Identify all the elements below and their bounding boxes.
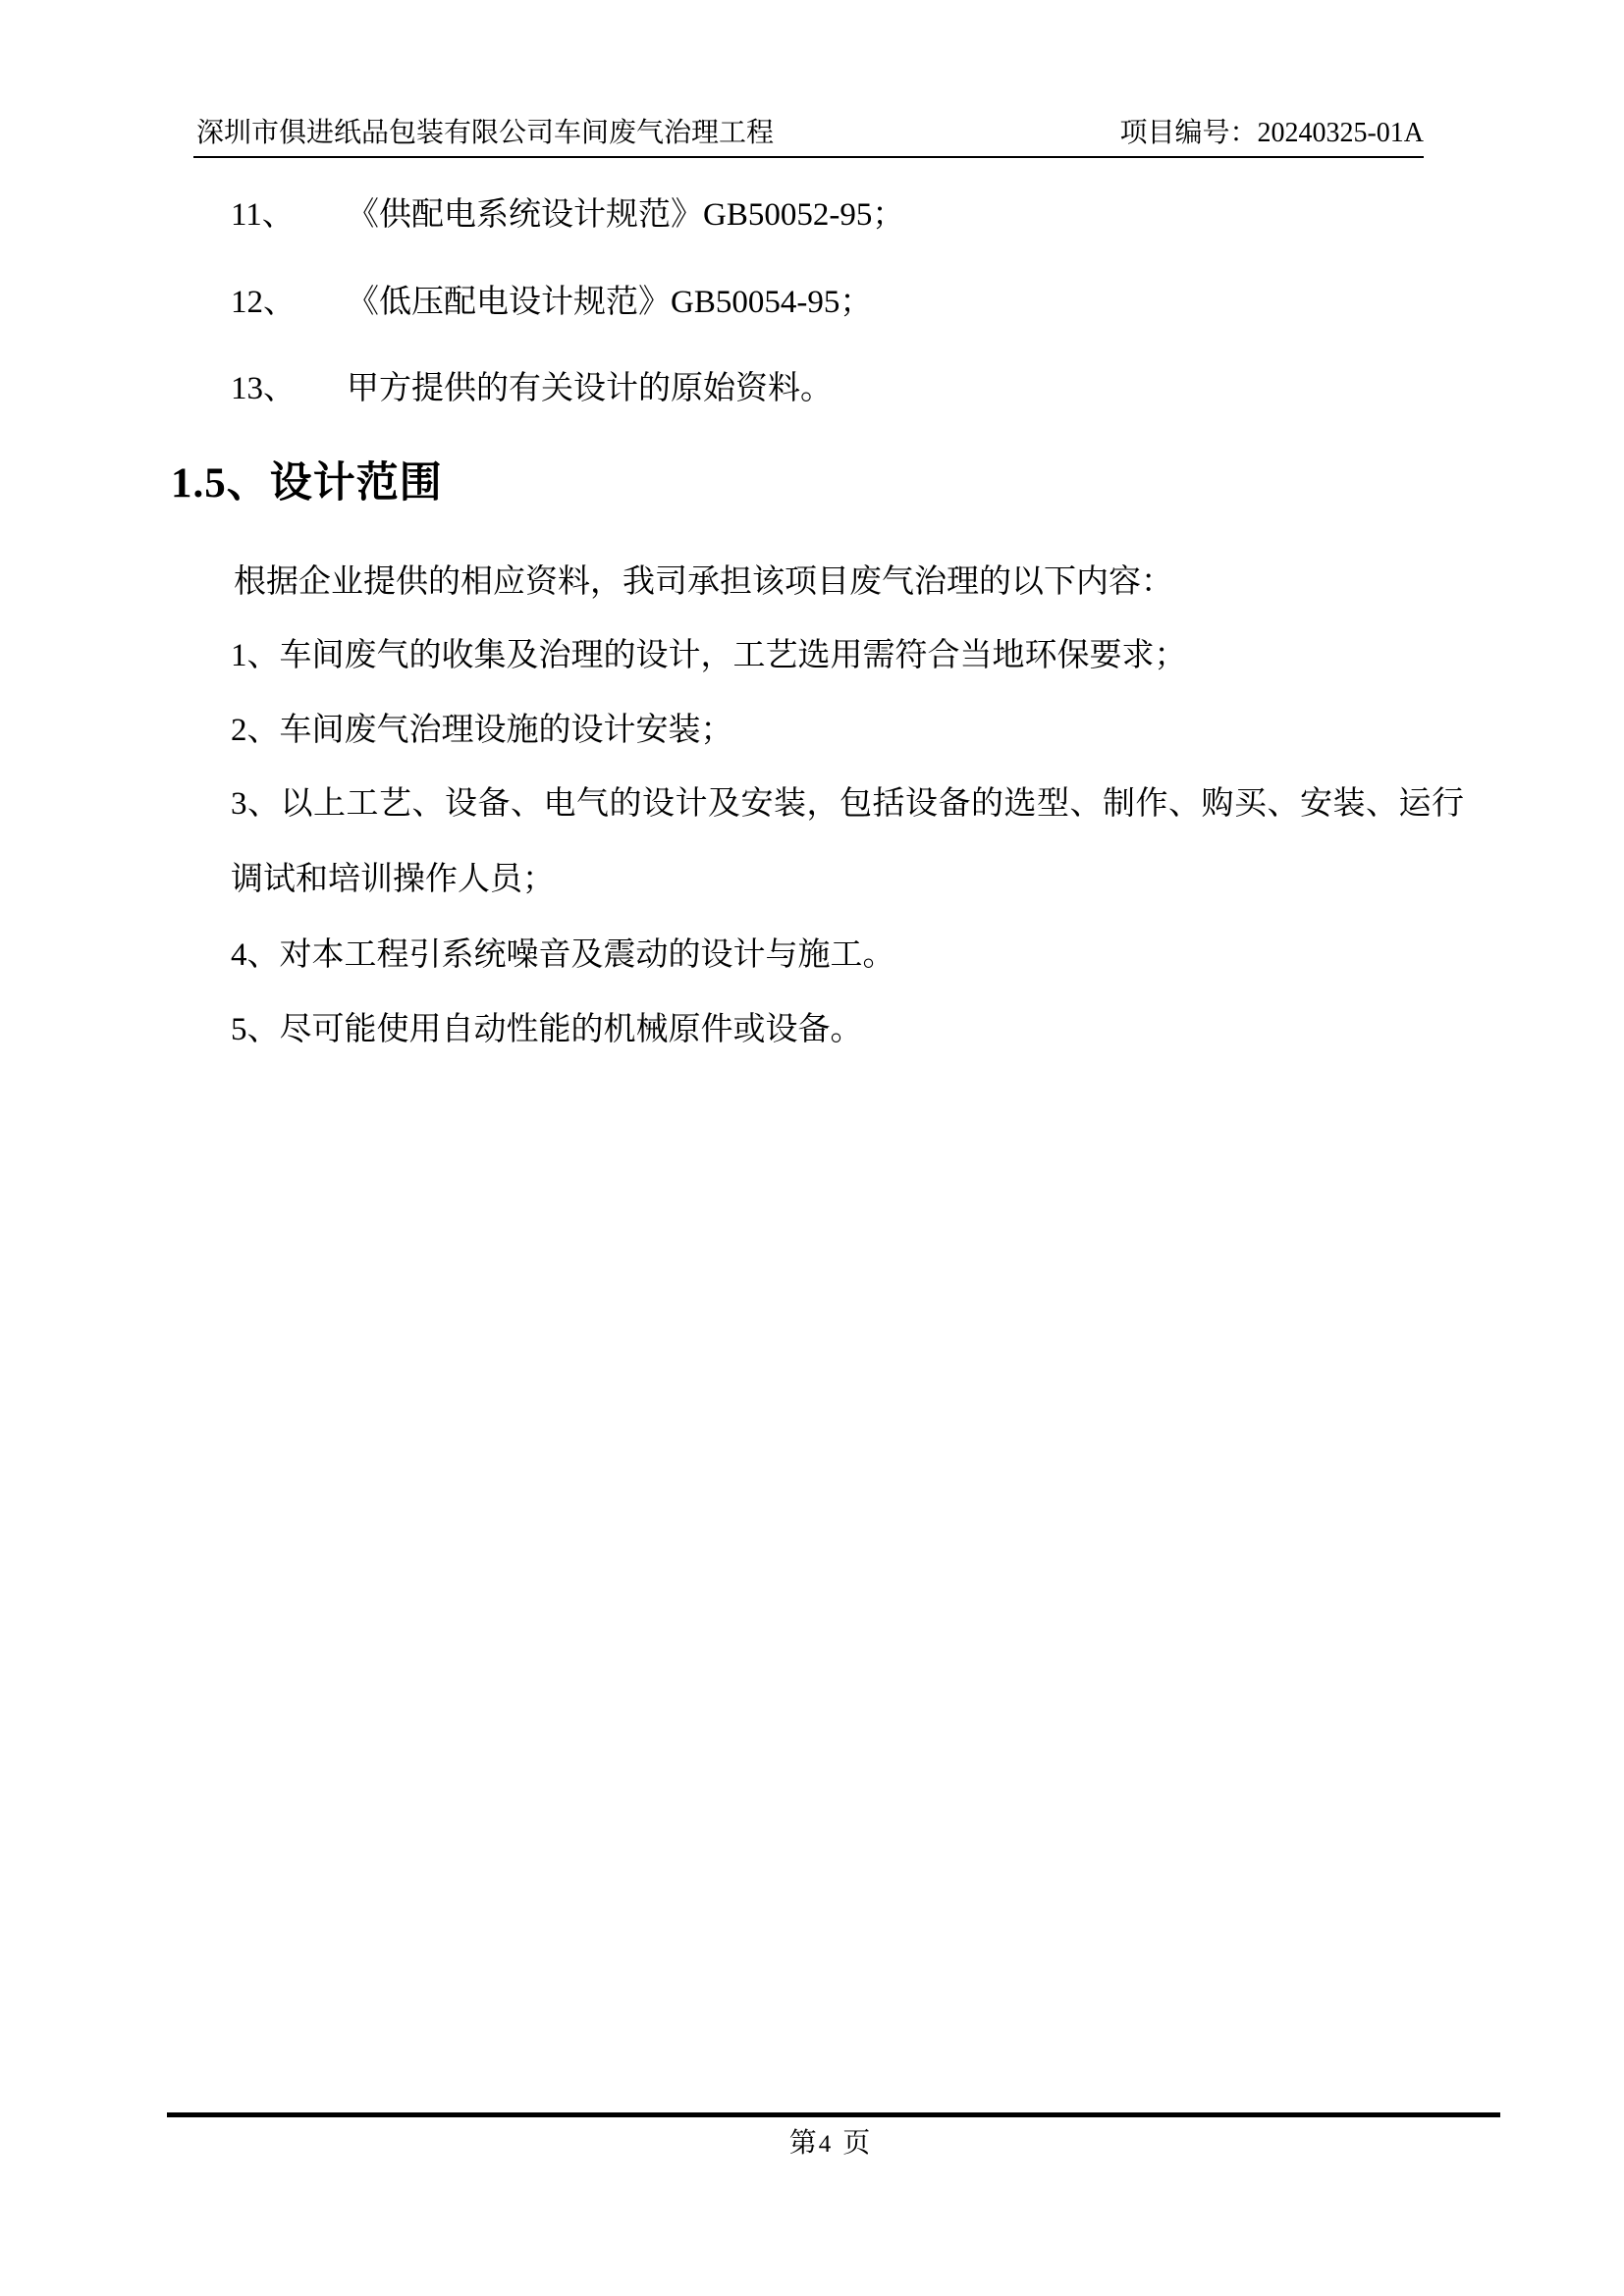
document-page: 深圳市俱进纸品包装有限公司车间废气治理工程 项目编号：20240325-01A … <box>0 0 1624 2296</box>
header-project-number: 项目编号：20240325-01A <box>1119 114 1424 153</box>
footer-page-number: 4 <box>817 2131 834 2158</box>
footer-page-label: 第4页 <box>18 2126 1624 2163</box>
reference-item-text: 甲方提供的有关设计的原始资料。 <box>347 371 833 406</box>
section-heading: 1.5、设计范围 <box>171 459 443 508</box>
scope-line-1: 1、车间废气的收集及治理的设计，工艺选用需符合当地环保要求； <box>231 636 1187 675</box>
reference-item-number: 13、 <box>231 369 347 408</box>
reference-item-text: 《供配电系统设计规范》GB50052-95； <box>347 197 904 233</box>
reference-item-number: 11、 <box>231 195 347 235</box>
footer-page-prefix: 第 <box>789 2128 817 2159</box>
reference-item-13: 13、甲方提供的有关设计的原始资料。 <box>231 369 833 408</box>
scope-line-2: 2、车间废气治理设施的设计安装； <box>231 711 733 750</box>
footer-page-suffix: 页 <box>833 2128 870 2159</box>
scope-line-5: 5、尽可能使用自动性能的机械原件或设备。 <box>231 1010 863 1049</box>
section-intro-paragraph: 根据企业提供的相应资料，我司承担该项目废气治理的以下内容： <box>234 562 1173 602</box>
header-rule <box>193 156 1424 158</box>
header-project-title: 深圳市俱进纸品包装有限公司车间废气治理工程 <box>196 114 774 153</box>
reference-item-12: 12、《低压配电设计规范》GB50054-95； <box>231 283 872 322</box>
reference-item-11: 11、《供配电系统设计规范》GB50052-95； <box>231 195 904 235</box>
scope-line-3-continuation: 调试和培训操作人员； <box>231 860 555 899</box>
reference-item-number: 12、 <box>231 283 347 322</box>
footer-rule <box>167 2112 1500 2117</box>
scope-line-4: 4、对本工程引系统噪音及震动的设计与施工。 <box>231 935 895 975</box>
reference-item-text: 《低压配电设计规范》GB50054-95； <box>347 285 872 320</box>
scope-line-3: 3、以上工艺、设备、电气的设计及安装，包括设备的选型、制作、购买、安装、运行 <box>231 784 1465 824</box>
